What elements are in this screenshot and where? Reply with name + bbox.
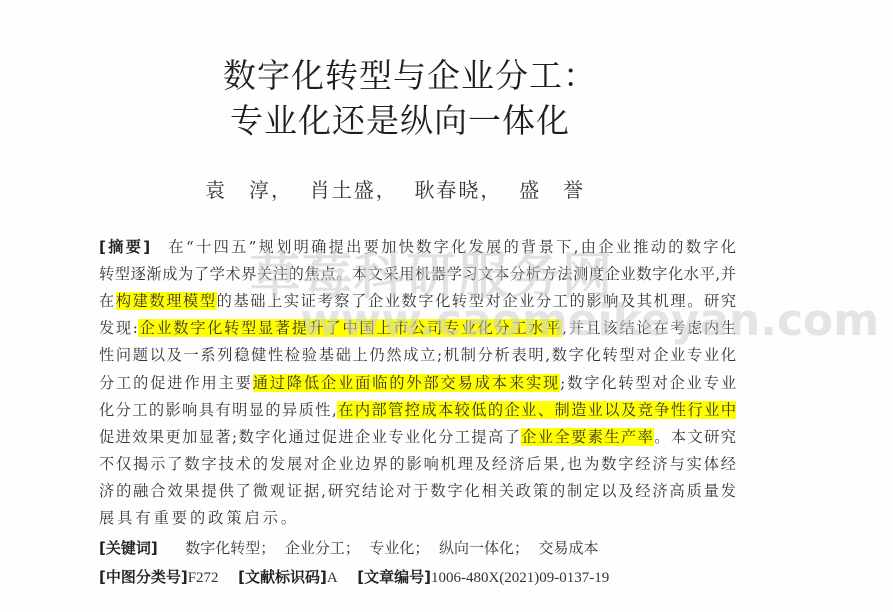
keyword: 交易成本 bbox=[539, 539, 599, 557]
abstract-text: 促进效果更加显著;数字化通过促进企业专业化分工提高了 bbox=[99, 428, 521, 446]
abstract-label: [摘要] bbox=[99, 238, 150, 256]
abstract-line: 转型逐渐成为了学术界关注的焦点。本文采用机器学习文本分析方法测度企业数字化水平,… bbox=[99, 263, 736, 285]
abstract-line: [摘要]在“十四五”规划明确提出要加快数字化发展的背景下,由企业推动的数字化 bbox=[99, 236, 736, 258]
author: 盛 誉 bbox=[519, 178, 585, 202]
abstract-line: 济的融合效果提供了微观证据,研究结论对于数字化相关政策的制定以及经济高质量发 bbox=[99, 480, 736, 502]
paper-title-line2: 专业化还是纵向一体化 bbox=[0, 95, 800, 142]
abstract-line: 发现:企业数字化转型显著提升了中国上市公司专业化分工水平,并且该结论在考虑内生 bbox=[99, 317, 736, 339]
abstract-text: ,并且该结论在考虑内生 bbox=[562, 319, 736, 337]
abstract-text: 性问题以及一系列稳健性检验基础上仍然成立;机制分析表明,数字化转型对企业专业化 bbox=[99, 346, 736, 364]
doc-code-label: [文献标识码] bbox=[238, 568, 327, 586]
keyword: 纵向一体化； bbox=[439, 539, 529, 557]
highlighted-text: 在内部管控成本较低的企业、制造业以及竞争性行业中 bbox=[337, 401, 736, 419]
abstract-text: 在“十四五”规划明确提出要加快数字化发展的背景下,由企业推动的数字化 bbox=[166, 238, 736, 256]
clc-label: [中图分类号] bbox=[99, 568, 188, 586]
clc-value: F272 bbox=[188, 570, 219, 586]
abstract-text: 转型逐渐成为了学术界关注的焦点。本文采用机器学习文本分析方法测度企业数字化水平,… bbox=[99, 265, 736, 283]
highlighted-text: 构建数理模型 bbox=[116, 292, 217, 310]
abstract-line: 化分工的影响具有明显的异质性,在内部管控成本较低的企业、制造业以及竞争性行业中 bbox=[99, 399, 736, 421]
abstract-text: 化分工的影响具有明显的异质性, bbox=[99, 401, 337, 419]
abstract-line: 促进效果更加显著;数字化通过促进企业专业化分工提高了企业全要素生产率。本文研究 bbox=[99, 426, 736, 448]
abstract-text: 在 bbox=[99, 292, 116, 310]
paper-title-line1: 数字化转型与企业分工： bbox=[10, 50, 810, 97]
classification-row: [中图分类号]F272 [文献标识码]A [文章编号]1006-480X(202… bbox=[99, 566, 609, 587]
highlighted-text: 企业全要素生产率 bbox=[521, 428, 654, 446]
abstract-text: 分工的促进作用主要 bbox=[99, 374, 253, 392]
abstract-text: 。本文研究 bbox=[654, 428, 736, 446]
abstract-line: 不仅揭示了数字技术的发展对企业边界的影响机理及经济后果,也为数字经济与实体经 bbox=[99, 453, 736, 475]
abstract-line: 分工的促进作用主要通过降低企业面临的外部交易成本来实现;数字化转型对企业专业 bbox=[99, 372, 736, 394]
highlighted-text: 通过降低企业面临的外部交易成本来实现 bbox=[253, 374, 560, 392]
keywords-label: [关键词] bbox=[99, 539, 158, 557]
keyword: 专业化； bbox=[369, 539, 429, 557]
abstract-text: 不仅揭示了数字技术的发展对企业边界的影响机理及经济后果,也为数字经济与实体经 bbox=[99, 455, 736, 473]
abstract-line: 在构建数理模型的基础上实证考察了企业数字化转型对企业分工的影响及其机理。研究 bbox=[99, 290, 736, 312]
author-list: 袁 淳， 肖土盛， 耿春晓， 盛 誉 bbox=[205, 174, 585, 203]
author: 耿春晓， bbox=[414, 178, 502, 202]
keywords-row: [关键词] 数字化转型； 企业分工； 专业化； 纵向一体化； 交易成本 bbox=[99, 537, 599, 558]
abstract-text: 发现: bbox=[99, 319, 138, 337]
author: 肖土盛， bbox=[310, 178, 398, 202]
highlighted-text: 企业数字化转型显著提升了中国上市公司专业化分工水平 bbox=[138, 319, 562, 337]
abstract-text: 济的融合效果提供了微观证据,研究结论对于数字化相关政策的制定以及经济高质量发 bbox=[99, 482, 736, 500]
abstract-text: 的基础上实证考察了企业数字化转型对企业分工的影响及其机理。研究 bbox=[217, 292, 736, 310]
author: 袁 淳， bbox=[205, 178, 293, 202]
abstract-text: 展具有重要的政策启示。 bbox=[99, 509, 299, 527]
keyword: 数字化转型； bbox=[185, 539, 275, 557]
keyword: 企业分工； bbox=[285, 539, 360, 557]
abstract-line: 性问题以及一系列稳健性检验基础上仍然成立;机制分析表明,数字化转型对企业专业化 bbox=[99, 344, 736, 366]
abstract-text: ;数字化转型对企业专业 bbox=[560, 374, 736, 392]
abstract-line: 展具有重要的政策启示。 bbox=[99, 507, 736, 529]
article-no-label: [文章编号] bbox=[357, 568, 431, 586]
article-no-value: 1006-480X(2021)09-0137-19 bbox=[431, 570, 609, 586]
doc-code-value: A bbox=[327, 570, 338, 586]
